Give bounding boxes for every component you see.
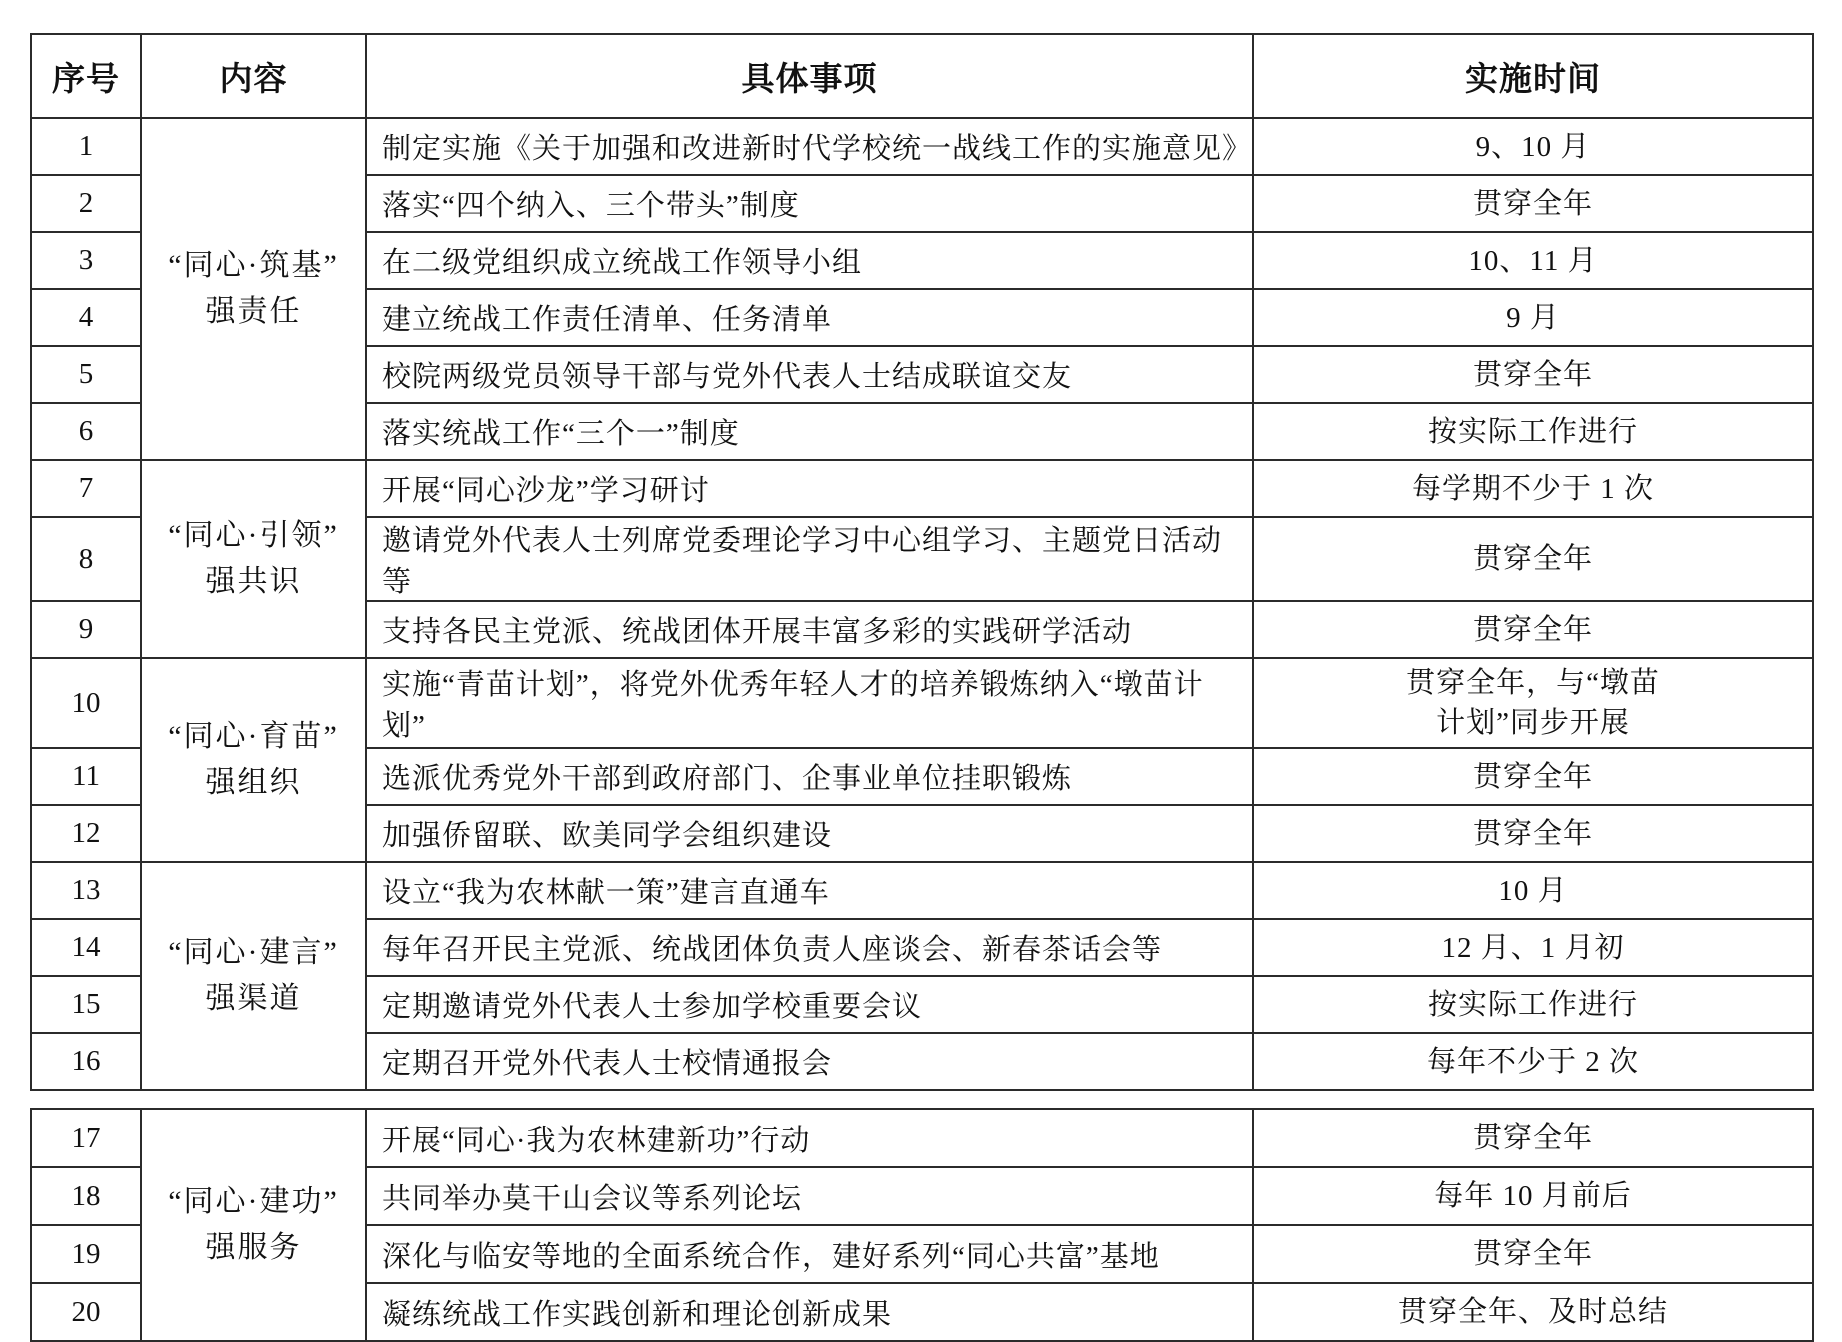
row-item: 选派优秀党外干部到政府部门、企事业单位挂职锻炼 <box>366 748 1253 805</box>
row-time: 贯穿全年 <box>1253 748 1813 805</box>
row-item: 支持各民主党派、统战团体开展丰富多彩的实践研学活动 <box>366 601 1253 658</box>
row-no: 12 <box>31 805 141 862</box>
row-time: 贯穿全年、及时总结 <box>1253 1283 1813 1341</box>
row-no: 3 <box>31 232 141 289</box>
row-no: 16 <box>31 1033 141 1090</box>
table-row: 13 “同心·建言” 强渠道 设立“我为农林献一策”建言直通车 10 月 <box>31 862 1813 919</box>
row-item: 共同举办莫干山会议等系列论坛 <box>366 1167 1253 1225</box>
row-time: 每年不少于 2 次 <box>1253 1033 1813 1090</box>
row-time: 贯穿全年 <box>1253 517 1813 601</box>
row-time: 9、10 月 <box>1253 118 1813 175</box>
row-item: 在二级党组织成立统战工作领导小组 <box>366 232 1253 289</box>
row-item: 定期召开党外代表人士校情通报会 <box>366 1033 1253 1090</box>
row-time: 每学期不少于 1 次 <box>1253 460 1813 517</box>
row-item: 每年召开民主党派、统战团体负责人座谈会、新春茶话会等 <box>366 919 1253 976</box>
row-no: 14 <box>31 919 141 976</box>
row-time: 按实际工作进行 <box>1253 403 1813 460</box>
group-label-line2: 强组织 <box>142 760 365 806</box>
row-no: 4 <box>31 289 141 346</box>
header-col-time: 实施时间 <box>1253 34 1813 118</box>
row-no: 5 <box>31 346 141 403</box>
table-row: 10 “同心·育苗” 强组织 实施“青苗计划”，将党外优秀年轻人才的培养锻炼纳入… <box>31 658 1813 748</box>
table-row: 1 “同心·筑基” 强责任 制定实施《关于加强和改进新时代学校统一战线工作的实施… <box>31 118 1813 175</box>
group-label-yumiao: “同心·育苗” 强组织 <box>141 658 366 862</box>
group-label-line1: “同心·育苗” <box>142 714 365 760</box>
row-time: 12 月、1 月初 <box>1253 919 1813 976</box>
row-item: 校院两级党员领导干部与党外代表人士结成联谊交友 <box>366 346 1253 403</box>
row-no: 9 <box>31 601 141 658</box>
row-item: 实施“青苗计划”，将党外优秀年轻人才的培养锻炼纳入“墩苗计划” <box>366 658 1253 748</box>
group-label-zhuji: “同心·筑基” 强责任 <box>141 118 366 460</box>
row-item: 落实统战工作“三个一”制度 <box>366 403 1253 460</box>
row-no: 17 <box>31 1109 141 1167</box>
row-no: 7 <box>31 460 141 517</box>
header-col-no: 序号 <box>31 34 141 118</box>
row-no: 1 <box>31 118 141 175</box>
header-col-content: 内容 <box>141 34 366 118</box>
row-item: 加强侨留联、欧美同学会组织建设 <box>366 805 1253 862</box>
row-no: 13 <box>31 862 141 919</box>
row-time: 9 月 <box>1253 289 1813 346</box>
group-label-line1: “同心·建言” <box>142 930 365 976</box>
row-item: 制定实施《关于加强和改进新时代学校统一战线工作的实施意见》 <box>366 118 1253 175</box>
header-row: 序号 内容 具体事项 实施时间 <box>31 34 1813 118</box>
row-time: 贯穿全年 <box>1253 1225 1813 1283</box>
row-time: 每年 10 月前后 <box>1253 1167 1813 1225</box>
document-page: 序号 内容 具体事项 实施时间 1 “同心·筑基” 强责任 制定实施《关于加强和… <box>0 0 1842 1334</box>
row-time: 贯穿全年，与“墩苗 计划”同步开展 <box>1253 658 1813 748</box>
row-no: 8 <box>31 517 141 601</box>
group-label-line2: 强责任 <box>142 289 365 335</box>
row-time-line1: 贯穿全年，与“墩苗 <box>1254 663 1812 703</box>
row-time: 贯穿全年 <box>1253 805 1813 862</box>
row-time: 贯穿全年 <box>1253 601 1813 658</box>
row-no: 19 <box>31 1225 141 1283</box>
row-item: 建立统战工作责任清单、任务清单 <box>366 289 1253 346</box>
row-item: 定期邀请党外代表人士参加学校重要会议 <box>366 976 1253 1033</box>
row-item: 开展“同心沙龙”学习研讨 <box>366 460 1253 517</box>
row-time: 10 月 <box>1253 862 1813 919</box>
row-time-line2: 计划”同步开展 <box>1254 703 1812 743</box>
row-time: 贯穿全年 <box>1253 1109 1813 1167</box>
row-item: 深化与临安等地的全面系统合作，建好系列“同心共富”基地 <box>366 1225 1253 1283</box>
group-label-jianyan: “同心·建言” 强渠道 <box>141 862 366 1090</box>
row-item: 邀请党外代表人士列席党委理论学习中心组学习、主题党日活动等 <box>366 517 1253 601</box>
group-label-yinling: “同心·引领” 强共识 <box>141 460 366 658</box>
row-item: 设立“我为农林献一策”建言直通车 <box>366 862 1253 919</box>
row-time: 贯穿全年 <box>1253 346 1813 403</box>
row-no: 10 <box>31 658 141 748</box>
row-no: 15 <box>31 976 141 1033</box>
group-label-line1: “同心·建功” <box>142 1179 365 1225</box>
row-time: 10、11 月 <box>1253 232 1813 289</box>
group-label-line2: 强共识 <box>142 559 365 605</box>
group-label-jiangong: “同心·建功” 强服务 <box>141 1109 366 1341</box>
work-plan-table-lower: 17 “同心·建功” 强服务 开展“同心·我为农林建新功”行动 贯穿全年 18 … <box>30 1108 1814 1342</box>
row-no: 6 <box>31 403 141 460</box>
row-time: 按实际工作进行 <box>1253 976 1813 1033</box>
work-plan-table-upper: 序号 内容 具体事项 实施时间 1 “同心·筑基” 强责任 制定实施《关于加强和… <box>30 33 1814 1091</box>
group-label-line2: 强渠道 <box>142 976 365 1022</box>
row-item: 凝练统战工作实践创新和理论创新成果 <box>366 1283 1253 1341</box>
row-no: 11 <box>31 748 141 805</box>
group-label-line2: 强服务 <box>142 1225 365 1271</box>
table-row: 17 “同心·建功” 强服务 开展“同心·我为农林建新功”行动 贯穿全年 <box>31 1109 1813 1167</box>
row-no: 20 <box>31 1283 141 1341</box>
table-block-gap <box>30 1091 1812 1108</box>
row-no: 18 <box>31 1167 141 1225</box>
row-item: 开展“同心·我为农林建新功”行动 <box>366 1109 1253 1167</box>
group-label-line1: “同心·引领” <box>142 513 365 559</box>
table-row: 7 “同心·引领” 强共识 开展“同心沙龙”学习研讨 每学期不少于 1 次 <box>31 460 1813 517</box>
row-item: 落实“四个纳入、三个带头”制度 <box>366 175 1253 232</box>
row-no: 2 <box>31 175 141 232</box>
group-label-line1: “同心·筑基” <box>142 243 365 289</box>
row-time: 贯穿全年 <box>1253 175 1813 232</box>
header-col-item: 具体事项 <box>366 34 1253 118</box>
